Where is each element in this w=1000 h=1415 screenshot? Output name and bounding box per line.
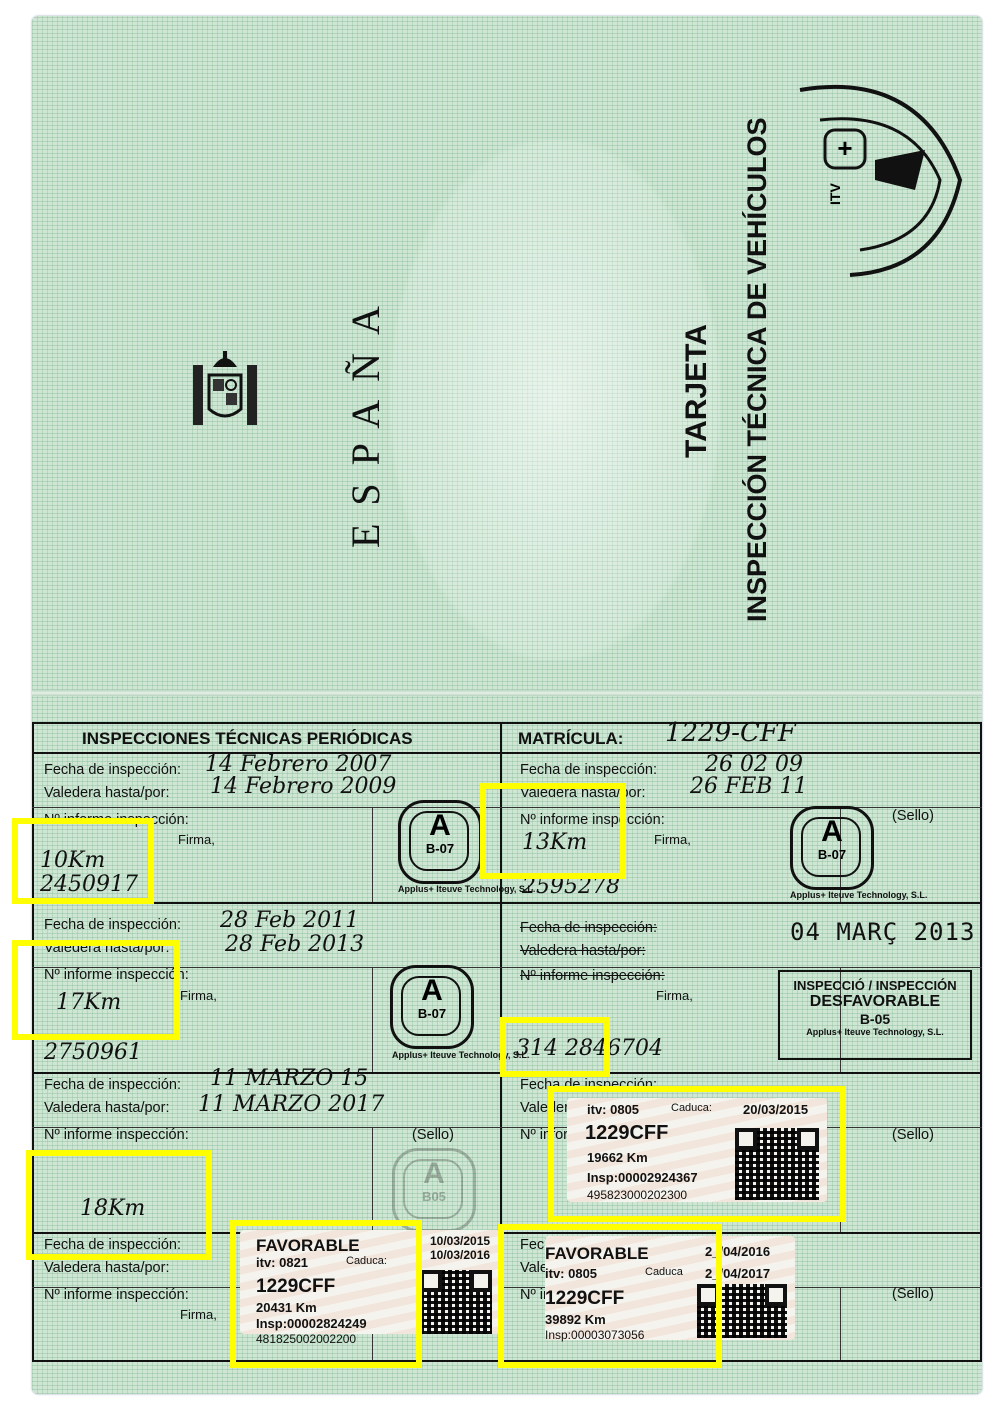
qr-code-icon	[420, 1270, 492, 1334]
inspection-stamp: AB-07	[398, 800, 482, 884]
date-label: Fecha de inspección:	[520, 920, 657, 936]
itv-logo-icon: + ITV	[780, 70, 970, 280]
entry-date: 11 MARZO 15	[210, 1066, 368, 1091]
signature-label: Firma,	[656, 988, 693, 1003]
entry-valid: 11 MARZO 2017	[198, 1092, 384, 1117]
report-label: Nº informe inspección:	[44, 1127, 189, 1143]
date-stamp: 04 MARÇ 2013	[790, 918, 975, 946]
signature-label: Firma,	[654, 832, 691, 847]
date-label: Fecha de inspección:	[44, 917, 181, 933]
card-title: TARJETA	[680, 324, 714, 458]
inspection-stamp: AB-07	[790, 806, 874, 890]
entry-valid: 26 FEB 11	[690, 774, 807, 799]
valid-label: Valedera hasta/por:	[44, 1260, 169, 1276]
signature-label: Firma,	[180, 1307, 217, 1322]
country-name: ESPAÑA	[342, 288, 389, 548]
seal-label: (Sello)	[892, 808, 934, 824]
entry-date: 28 Feb 2011	[220, 908, 359, 933]
inspection-stamp: AB-07	[390, 965, 474, 1049]
entry-valid: 28 Feb 2013	[225, 932, 364, 957]
highlight-box	[480, 783, 626, 879]
date-label: Fecha de inspección:	[44, 762, 181, 778]
report-label: Nº informe inspección:	[520, 968, 665, 984]
highlight-box	[498, 1224, 722, 1368]
valid-label: Valedera hasta/por:	[44, 1100, 169, 1116]
periodic-inspections-heading: INSPECCIONES TÉCNICAS PERIÓDICAS	[82, 729, 413, 749]
highlight-box	[548, 1086, 846, 1222]
card-fold	[32, 690, 982, 696]
plate-label: MATRÍCULA:	[518, 729, 623, 749]
stamp-caption: Applus+ Iteuve Technology, S.L.	[398, 884, 535, 894]
highlight-box	[12, 818, 154, 904]
seal-label: (Sello)	[892, 1286, 934, 1302]
svg-text:+: +	[837, 133, 852, 163]
unfavorable-result-stamp: INSPECCIÓ / INSPECCIÓN DESFAVORABLE B-05…	[778, 970, 972, 1060]
highlight-box	[500, 1017, 610, 1077]
valid-label: Valedera hasta/por:	[520, 943, 645, 959]
stamp-caption: Applus+ Iteuve Technology, S.L.	[790, 890, 927, 900]
coat-of-arms-icon	[185, 345, 265, 445]
svg-text:ITV: ITV	[827, 183, 843, 205]
plate-value: 1229-CFF	[665, 718, 796, 748]
highlight-box	[12, 940, 180, 1040]
valid-label: Valedera hasta/por:	[44, 785, 169, 801]
seal-label: (Sello)	[892, 1127, 934, 1143]
report-label: Nº informe inspección:	[44, 1287, 189, 1303]
entry-report: 2750961	[44, 1040, 142, 1065]
entry-valid: 14 Febrero 2009	[210, 774, 396, 799]
signature-label: Firma,	[178, 832, 215, 847]
seal-label: (Sello)	[412, 1127, 454, 1143]
highlight-box	[26, 1150, 212, 1260]
date-label: Fecha de inspección:	[44, 1077, 181, 1093]
signature-label: Firma,	[180, 988, 217, 1003]
highlight-box	[230, 1220, 422, 1368]
card-subtitle: INSPECCIÓN TÉCNICA DE VEHÍCULOS	[742, 117, 773, 622]
watermark-crest	[390, 140, 720, 660]
date-label: Fecha de inspección:	[520, 762, 657, 778]
